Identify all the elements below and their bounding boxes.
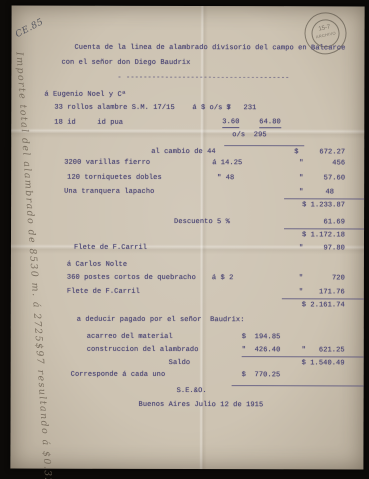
cambio-label: al cambio de 44 <box>151 148 216 156</box>
flete-amount: 97.80 <box>323 244 345 252</box>
currency-mark: $ <box>294 148 298 156</box>
item-label: 18 id id pua <box>54 119 123 127</box>
addressee: á Eugenio Noel y Cª <box>44 91 126 99</box>
item-label: Una tranquera lapacho <box>64 188 154 196</box>
deduct-amount: " 426.40 <box>242 346 281 354</box>
cambio-amount: 672.27 <box>319 148 345 156</box>
total-amount: $ 1.172.18 <box>302 231 345 239</box>
item-amount: 456 <box>332 159 345 167</box>
item-amount: 57.60 <box>324 174 346 182</box>
title-line1: Cuenta de la linea de alambrado divisori… <box>74 44 345 53</box>
flete-amount: 171.76 <box>319 288 345 296</box>
flete-label: Flete de F.Carril <box>67 288 140 296</box>
saldo-amount: $ 1.540.49 <box>302 359 345 367</box>
saldo-label: Saldo <box>169 359 191 367</box>
total-amount: $ 2.161.74 <box>302 301 345 309</box>
each-amount: $ 770.25 <box>242 371 281 379</box>
deduct-label: acarreo del material <box>87 333 173 341</box>
flete-label: Flete de F.Carril <box>74 244 147 252</box>
currency-mark: " <box>299 188 303 196</box>
each-label: Corresponde á cada uno <box>71 371 166 379</box>
deduct-label: construccion del alambrado <box>87 346 199 354</box>
rule-flete2 <box>282 298 364 299</box>
seo-abbreviation: S.E.&O. <box>177 387 207 395</box>
currency-mark: " <box>299 288 303 296</box>
corner-mark: CE.85 <box>14 17 45 40</box>
deduct-total: " 621.25 <box>302 346 345 354</box>
item-price: á 14.25 <box>212 159 242 167</box>
rule-deduct <box>242 356 364 357</box>
total-amount: $ 1.233.87 <box>302 201 345 209</box>
item-amount: 720 <box>332 274 345 282</box>
rule-subtotal <box>284 198 364 199</box>
item-label: 33 rollos alambre S.M. 17/15 <box>54 104 174 112</box>
deduct-amount: $ 194.85 <box>242 333 281 341</box>
deduct-header: a deducir pagado por el señor Baudrix: <box>77 316 245 324</box>
item-amount: 48 <box>325 188 334 196</box>
dateline: Buenos Aires Julio 12 de 1915 <box>139 401 264 409</box>
currency-mark: " <box>299 244 303 252</box>
title-line2: con el señor don Diego Baudrix <box>61 59 190 67</box>
currency-mark: " <box>299 174 303 182</box>
currency-mark: " <box>299 159 303 167</box>
divider-dashes: - -------------------------------------- <box>117 74 289 82</box>
item-amount: $ 231 <box>226 104 256 112</box>
marginalia-note: Importe total del alambrado de 8530 m. á… <box>14 52 54 479</box>
currency-mark: " <box>299 274 303 282</box>
document-paper: CE.85 15-7 ARCHIVO Importe total del ala… <box>10 6 364 470</box>
item-label: 360 postes cortos de quebracho <box>67 274 196 282</box>
item-price: á $ o/s 7 <box>192 104 231 112</box>
rule-under-subtotal <box>224 145 304 146</box>
item-amount: 64.80 <box>259 118 281 128</box>
discount-amount: 61.69 <box>324 218 346 226</box>
rule-final <box>232 385 364 386</box>
subtotal-os: o/s 295 <box>232 131 266 139</box>
addressee-carlos: á Carlos Nolte <box>67 261 127 269</box>
discount-label: Descuento 5 % <box>174 218 230 226</box>
item-label: 120 torniquetes dobles <box>67 174 162 182</box>
item-price: á $ 2 <box>212 274 234 282</box>
item-label: 3200 varillas fierro <box>64 159 150 167</box>
item-price: " 48 <box>217 174 234 182</box>
item-price: 3.60 <box>222 118 239 128</box>
rule-discount <box>284 228 364 229</box>
